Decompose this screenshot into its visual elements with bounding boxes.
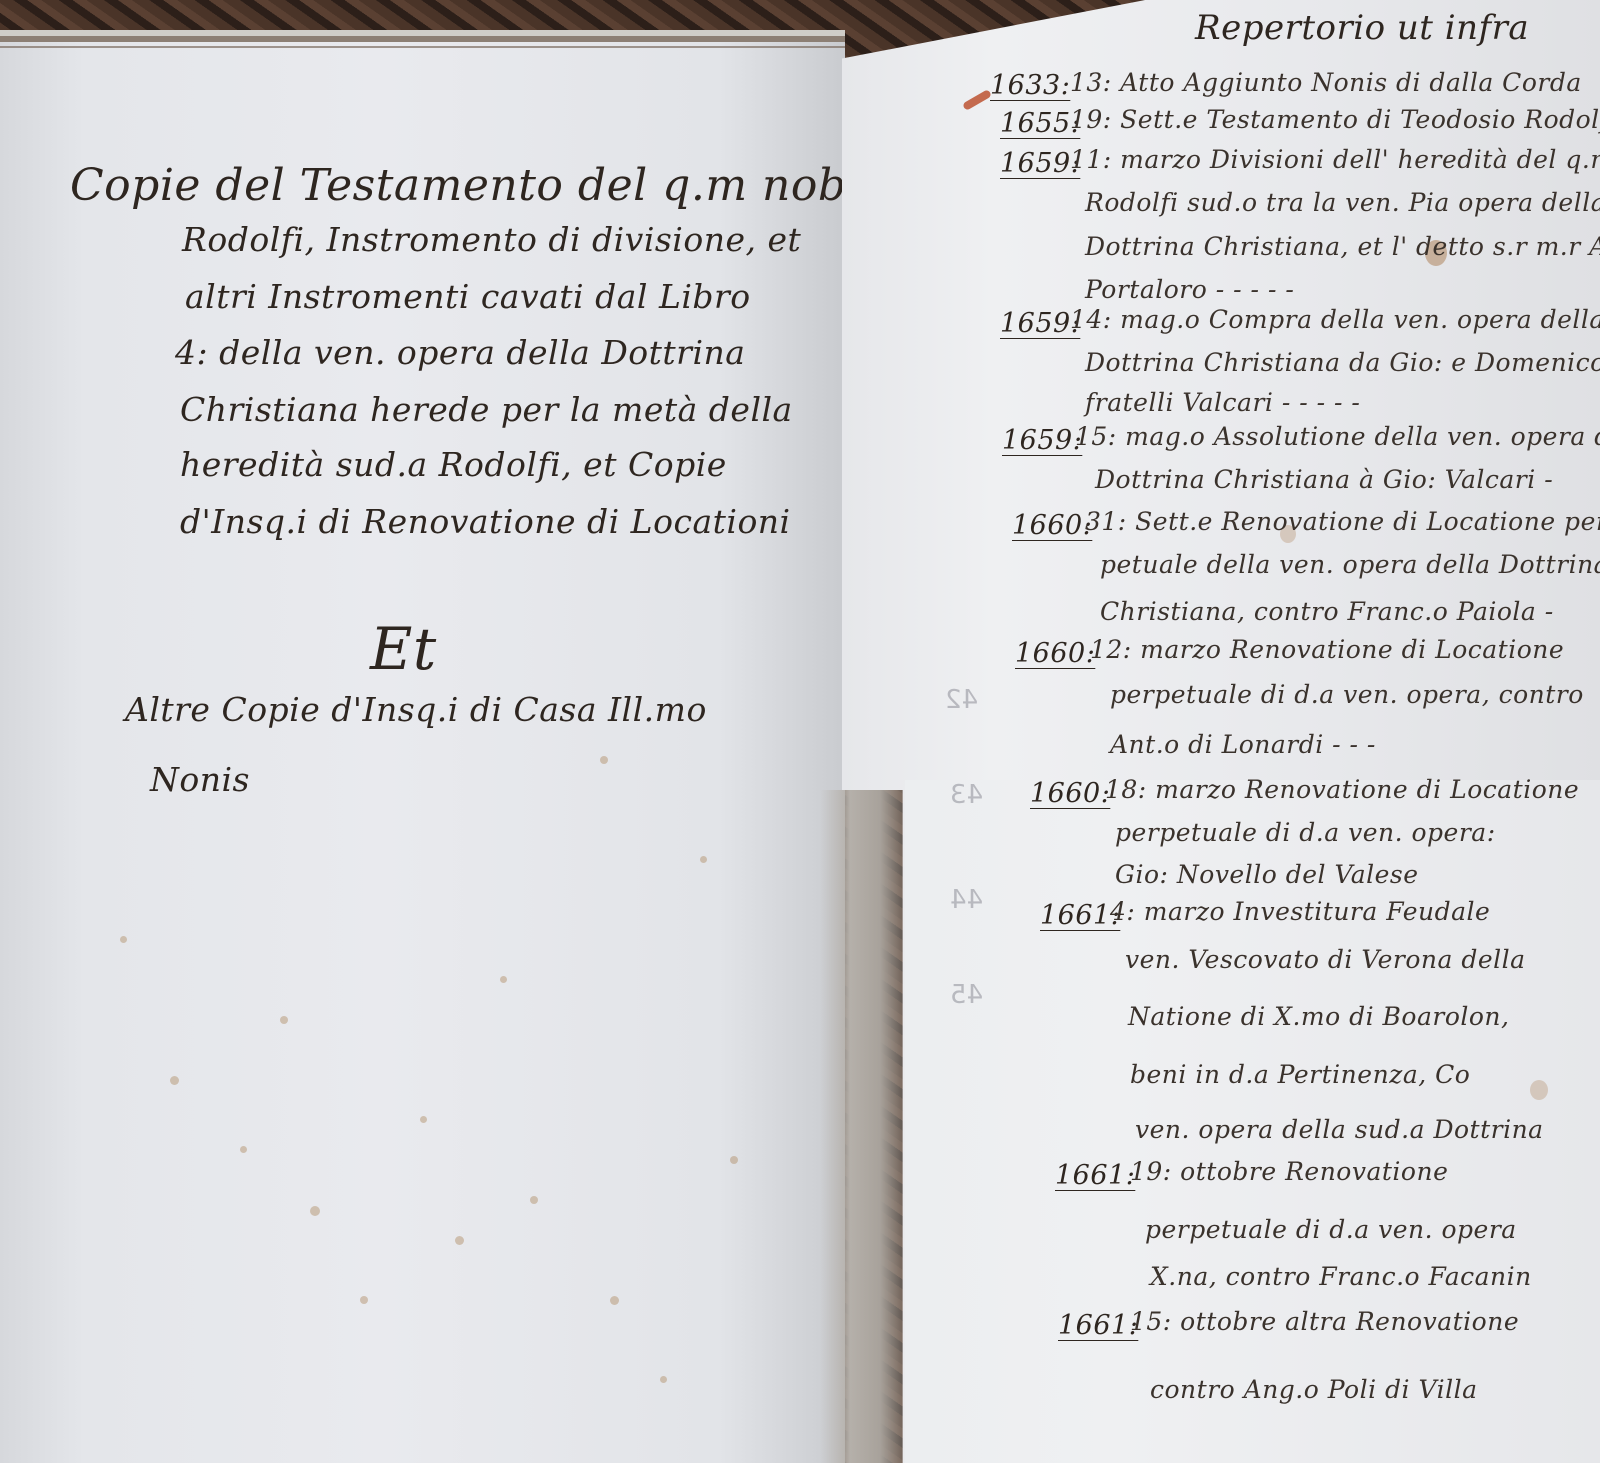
entry-date: 1660: bbox=[1012, 510, 1092, 541]
entry-text: 11: marzo Divisioni dell' heredità del q… bbox=[1070, 145, 1600, 174]
show-through-number: 45 bbox=[950, 980, 983, 1010]
entry-text: 15: ottobre altra Renovatione bbox=[1130, 1307, 1519, 1336]
entry-text: Christiana, contro Franc.o Paiola - bbox=[1100, 597, 1554, 626]
entry-text: perpetuale di d.a ven. opera, contro bbox=[1110, 680, 1584, 709]
entry-text: beni in d.a Pertinenza, Co bbox=[1130, 1060, 1470, 1089]
entry-text: Rodolfi sud.o tra la ven. Pia opera dell… bbox=[1085, 188, 1600, 217]
foxing-spot bbox=[700, 856, 707, 863]
entry-text: 14: mag.o Compra della ven. opera della bbox=[1070, 305, 1600, 334]
entry-text: ven. opera della sud.a Dottrina bbox=[1135, 1115, 1544, 1144]
entry-text: perpetuale di d.a ven. opera: bbox=[1115, 818, 1496, 847]
entry-date: 1659: bbox=[1002, 425, 1082, 456]
foxing-spot bbox=[120, 936, 127, 943]
entry-text: contro Ang.o Poli di Villa bbox=[1150, 1375, 1478, 1404]
entry-date: 1660: bbox=[1030, 778, 1110, 809]
foxing-spot bbox=[310, 1206, 320, 1216]
foxing-spot bbox=[500, 976, 507, 983]
entry-text: 12: marzo Renovatione di Locatione bbox=[1090, 635, 1564, 664]
entry-date: 1659: bbox=[1000, 308, 1080, 339]
entry-text: fratelli Valcari - - - - - bbox=[1085, 388, 1360, 417]
entry-text: Portaloro - - - - - bbox=[1085, 275, 1294, 304]
entry-text: Ant.o di Lonardi - - - bbox=[1110, 730, 1376, 759]
ink-stain bbox=[1530, 1080, 1548, 1100]
foxing-spot bbox=[420, 1116, 427, 1123]
show-through-number: 44 bbox=[950, 885, 983, 915]
entry-text: ven. Vescovato di Verona della bbox=[1125, 945, 1526, 974]
entry-text: 13: Atto Aggiunto Nonis di dalla Corda bbox=[1070, 68, 1582, 97]
entry-text: Natione di X.mo di Boarolon, bbox=[1128, 1002, 1509, 1031]
entry-text: perpetuale di d.a ven. opera bbox=[1145, 1215, 1517, 1244]
left-text-line: Christiana herede per la metà della bbox=[180, 390, 793, 429]
entry-text: Dottrina Christiana à Gio: Valcari - bbox=[1095, 465, 1553, 494]
entry-date: 1661: bbox=[1055, 1160, 1135, 1191]
entry-text: 4: marzo Investitura Feudale bbox=[1110, 897, 1490, 926]
entry-date: 1660: bbox=[1015, 638, 1095, 669]
entry-text: Dottrina Christiana da Gio: e Domenico bbox=[1085, 348, 1600, 377]
left-footer-line: Nonis bbox=[150, 760, 250, 799]
foxing-spot bbox=[660, 1376, 667, 1383]
foxing-spot bbox=[170, 1076, 179, 1085]
entry-text: petuale della ven. opera della Dottrina bbox=[1100, 550, 1600, 579]
entry-text: 31: Sett.e Renovatione di Locatione per bbox=[1085, 507, 1600, 536]
entry-date: 1633: bbox=[990, 70, 1070, 101]
entry-date: 1661: bbox=[1040, 900, 1120, 931]
foxing-spot bbox=[240, 1146, 247, 1153]
entry-text: 15: mag.o Assolutione della ven. opera d… bbox=[1075, 422, 1600, 451]
show-through-number: 42 bbox=[945, 685, 978, 715]
left-text-line: 4: della ven. opera della Dottrina bbox=[175, 333, 745, 372]
entry-date: 1659: bbox=[1000, 148, 1080, 179]
foxing-spot bbox=[280, 1016, 288, 1024]
entry-date: 1655: bbox=[1000, 108, 1080, 139]
entry-date: 1661: bbox=[1058, 1310, 1138, 1341]
foxing-spot bbox=[455, 1236, 464, 1245]
entry-text: 19: ottobre Renovatione bbox=[1130, 1157, 1448, 1186]
register-title: Repertorio ut infra bbox=[1195, 8, 1529, 48]
show-through-number: 43 bbox=[950, 780, 983, 810]
foxing-spot bbox=[730, 1156, 738, 1164]
foxing-spot bbox=[530, 1196, 538, 1204]
entry-text: Dottrina Christiana, et l' detto s.r m.r… bbox=[1085, 232, 1600, 261]
left-footer-line: Altre Copie d'Insq.i di Casa Ill.mo bbox=[125, 690, 707, 729]
entry-text: Gio: Novello del Valese bbox=[1115, 860, 1419, 889]
left-text-line: altri Instromenti cavati dal Libro bbox=[185, 277, 751, 316]
foxing-spot bbox=[600, 756, 608, 764]
entry-text: 18: marzo Renovatione di Locatione bbox=[1105, 775, 1579, 804]
entry-text: 19: Sett.e Testamento di Teodosio Rodolf… bbox=[1070, 105, 1600, 134]
separator-flourish: Et bbox=[370, 615, 437, 683]
foxing-spot bbox=[360, 1296, 368, 1304]
foxing-spot bbox=[610, 1296, 619, 1305]
left-text-line: d'Insq.i di Renovatione di Locationi bbox=[180, 502, 791, 541]
entry-text: X.na, contro Franc.o Facanin bbox=[1150, 1262, 1532, 1291]
left-text-line: heredità sud.a Rodolfi, et Copie bbox=[180, 445, 727, 484]
left-text-line: Rodolfi, Instromento di divisione, et bbox=[182, 220, 801, 259]
